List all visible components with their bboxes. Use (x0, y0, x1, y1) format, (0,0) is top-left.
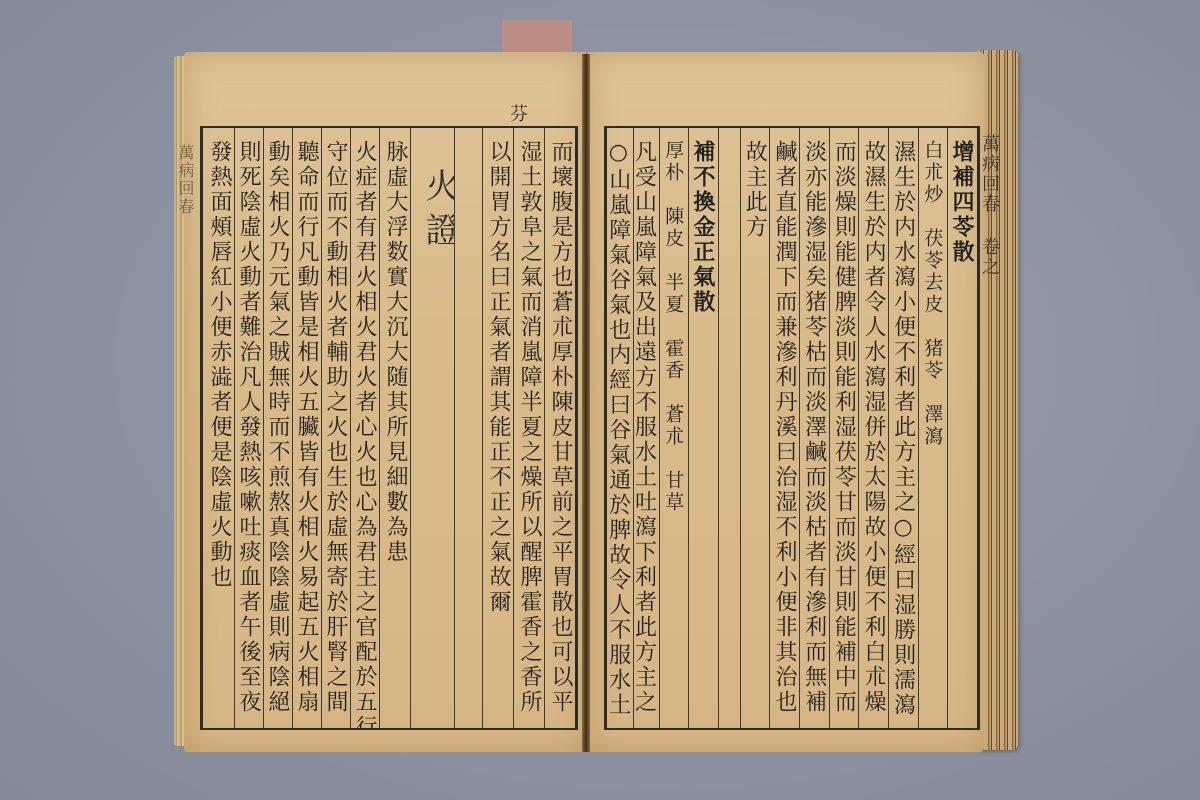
text-column: 守位而不動相火者輔助之火也生於虛無寄於肝腎之間 (321, 128, 350, 728)
text-column: ○山嵐障氣谷氣也内經曰谷氣通於脾故令人不服水土 (607, 128, 633, 728)
text-column: 發熱面頰唇紅小便赤澁者便是陰虛火動也 (205, 128, 234, 728)
text-column: 而淡燥則能健脾淡則能利湿茯苓甘而淡甘則能補中而 (829, 128, 859, 728)
text-column: 湿土敦阜之氣而消嵐障半夏之燥所以醒脾霍香之香所 (513, 128, 544, 728)
ingredients-column: 厚朴 陳皮 半夏 霍香 蒼朮 甘草 (659, 128, 689, 728)
text-column: 故濕生於内者令人水瀉湿併於太陽故小便不利白朮燥 (858, 128, 888, 728)
text-column: 動矣相火乃元氣之賊無時而不煎熬真陰陰虛則病陰絕 (263, 128, 292, 728)
ingredients-column: 白朮炒 茯苓去皮 猪苓 澤瀉 (918, 128, 948, 728)
text-column: 淡亦能滲湿矣猪苓枯而淡澤鹹而淡枯者有滲利而無補 (799, 128, 829, 728)
text-column: 脉虛大浮数實大沉大随其所見細數為患 (379, 128, 410, 728)
text-column: 鹹者直能潤下而兼滲利丹溪曰治湿不利小便非其治也 (769, 128, 799, 728)
page-mark: 芬 (510, 100, 528, 126)
left-text-frame: 而壞腹是方也蒼朮厚朴陳皮甘草前之平胃散也可以平 湿土敦阜之氣而消嵐障半夏之燥所以… (200, 126, 578, 730)
text-column: 則死陰虛火動者難治凡人發熱咳嗽吐痰血者午後至夜 (234, 128, 263, 728)
text-column: 故主此方 (740, 128, 770, 728)
formula-heading: 增補四苓散 (947, 128, 977, 728)
text-column: 凡受山嵐障氣及出遠方不服水土吐瀉下利者此方主之 (633, 128, 659, 728)
text-column: 火症者有君火相火君火者心火也心為君主之官配於五行 (350, 128, 379, 728)
open-book: 萬病回春 萬病回春 卷之 芬 而壞腹是方也蒼朮厚朴陳皮甘草前之平胃散也可以平 湿… (170, 44, 1030, 760)
section-title: 火證 (410, 128, 454, 728)
blank-column (718, 128, 740, 728)
formula-heading: 補不換金正氣散 (688, 128, 718, 728)
text-column: 聽命而行凡動皆是相火五臟皆有火相火易起五火相扇 (292, 128, 321, 728)
right-text-frame: 增補四苓散 白朮炒 茯苓去皮 猪苓 澤瀉 濕生於内水瀉小便不利者此方主之○經曰湿… (604, 126, 980, 730)
blank-column (454, 128, 482, 728)
book-spine-fold (582, 54, 590, 752)
text-column: 濕生於内水瀉小便不利者此方主之○經曰湿勝則濡瀉 (888, 128, 918, 728)
left-edge-label: 萬病回春 (174, 144, 197, 216)
text-column: 以開胃方名曰正氣者謂其能正不正之氣故爾 (482, 128, 513, 728)
text-column: 而壞腹是方也蒼朮厚朴陳皮甘草前之平胃散也可以平 (544, 128, 575, 728)
